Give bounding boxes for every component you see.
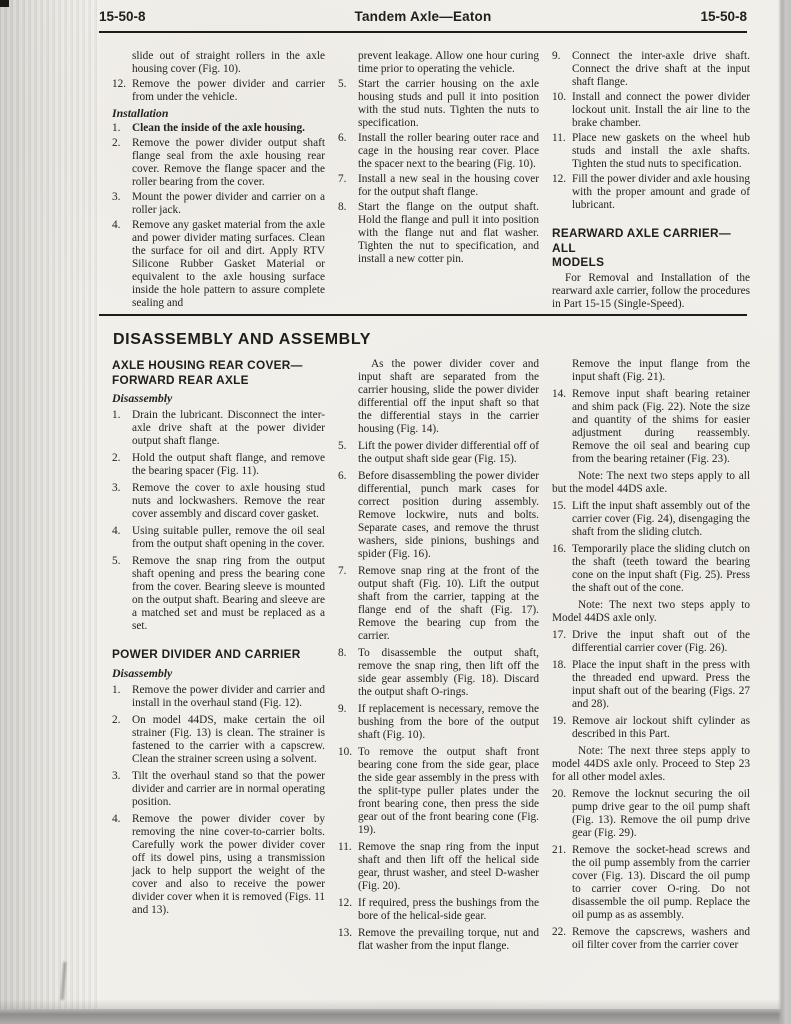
- list-item-text: Install the roller bearing outer race an…: [358, 132, 539, 170]
- list-item-number: 8.: [338, 201, 358, 214]
- note-paragraph: Note: The next two steps apply to all bu…: [552, 470, 750, 496]
- subsection-heading: AXLE HOUSING REAR COVER— FORWARD REAR AX…: [112, 358, 325, 387]
- list-item-number: 4.: [112, 813, 132, 826]
- list-item-number: 9.: [338, 703, 358, 716]
- page-edge-smudge: [61, 962, 67, 1000]
- note-paragraph: Note: The next three steps apply to mode…: [552, 745, 750, 784]
- list-item-text: Hold the output shaft flange, and remove…: [132, 452, 325, 477]
- list-item-text: Remove the capscrews, washers and oil fi…: [572, 926, 750, 951]
- section-title: DISASSEMBLY AND ASSEMBLY: [113, 331, 371, 349]
- scan-right-edge: [778, 0, 791, 1024]
- list-item: 2.Remove the power divider output shaft …: [112, 137, 325, 189]
- list-item-text: Start the flange on the output shaft. Ho…: [358, 201, 539, 265]
- list-item-text: Using suitable puller, remove the oil se…: [132, 525, 325, 550]
- list-item-text: Remove any gasket material from the axle…: [132, 219, 325, 309]
- procedure-heading: Disassembly: [112, 391, 325, 405]
- list-item-text: If required, press the bushings from the…: [358, 897, 539, 922]
- list-item-text: Remove input shaft bearing retainer and …: [572, 388, 750, 465]
- list-item-text: Lift the power divider differential off …: [358, 440, 539, 465]
- list-item-text: Remove snap ring at the front of the out…: [358, 565, 539, 642]
- list-item-text: Remove the cover to axle housing stud nu…: [132, 482, 325, 520]
- list-item-number: 10.: [552, 91, 572, 104]
- list-item-text: Clean the inside of the axle housing.: [132, 122, 305, 134]
- list-item-number: 5.: [338, 440, 358, 453]
- list-item: 2.Hold the output shaft flange, and remo…: [112, 452, 325, 478]
- list-item-number: 5.: [112, 555, 132, 568]
- list-item-number: 17.: [552, 629, 572, 642]
- list-item-text: Remove the power divider and carrier and…: [132, 684, 325, 709]
- list-item-number: 5.: [338, 78, 358, 91]
- list-item-number: 3.: [112, 191, 132, 204]
- list-item: 17.Drive the input shaft out of the diff…: [552, 629, 750, 655]
- list-item: 9.If replacement is necessary, remove th…: [338, 703, 539, 742]
- chapter-title: Tandem Axle—Eaton: [355, 9, 492, 24]
- list-item: 3.Remove the cover to axle housing stud …: [112, 482, 325, 521]
- scanned-manual-page: 15-50-8 Tandem Axle—Eaton 15-50-8 slide …: [0, 0, 791, 1024]
- list-item-number: 11.: [552, 132, 572, 145]
- page-number-right: 15-50-8: [700, 9, 747, 24]
- indented-paragraph: As the power divider cover and input sha…: [358, 358, 539, 436]
- list-item-number: 6.: [338, 132, 358, 145]
- list-item: 5.Lift the power divider differential of…: [338, 440, 539, 466]
- text-column: AXLE HOUSING REAR COVER— FORWARD REAR AX…: [112, 358, 325, 957]
- list-item-text: To remove the output shaft front bearing…: [358, 746, 539, 836]
- list-item: 21.Remove the socket-head screws and the…: [552, 844, 750, 922]
- list-item-text: Tilt the overhaul stand so that the powe…: [132, 770, 325, 808]
- continuation-paragraph: slide out of straight rollers in the axl…: [132, 50, 325, 76]
- list-item-number: 10.: [338, 746, 358, 759]
- procedure-heading: Installation: [112, 106, 325, 120]
- subsection-heading: POWER DIVIDER AND CARRIER: [112, 647, 325, 662]
- continuation-paragraph: prevent leakage. Allow one hour curing t…: [358, 50, 539, 76]
- list-item: 8.Start the flange on the output shaft. …: [338, 201, 539, 266]
- subsection-heading: REARWARD AXLE CARRIER—ALL MODELS: [552, 226, 750, 270]
- text-column: As the power divider cover and input sha…: [338, 358, 539, 957]
- list-item: 4.Remove the power divider cover by remo…: [112, 813, 325, 917]
- list-item-text: Remove the power divider output shaft fl…: [132, 137, 325, 188]
- list-item: 13.Remove the prevailing torque, nut and…: [338, 927, 539, 953]
- list-item-text: Remove the locknut securing the oil pump…: [572, 788, 750, 839]
- list-item: 7.Install a new seal in the housing cove…: [338, 173, 539, 199]
- list-item: 18.Place the input shaft in the press wi…: [552, 659, 750, 711]
- text-column: Remove the input flange from the input s…: [552, 358, 750, 957]
- list-item: 10.Install and connect the power divider…: [552, 91, 750, 130]
- scanner-bed-edge: [0, 1009, 791, 1024]
- text-column: prevent leakage. Allow one hour curing t…: [338, 50, 539, 313]
- list-item-text: Remove the snap ring from the output sha…: [132, 555, 325, 632]
- list-item: 11.Remove the snap ring from the input s…: [338, 841, 539, 893]
- page-stack-edge: [0, 0, 100, 1024]
- list-item: 5.Remove the snap ring from the output s…: [112, 555, 325, 633]
- list-item: 3.Mount the power divider and carrier on…: [112, 191, 325, 217]
- list-item-text: Drain the lubricant. Disconnect the inte…: [132, 409, 325, 447]
- bottom-columns: AXLE HOUSING REAR COVER— FORWARD REAR AX…: [112, 358, 750, 957]
- list-item: 10.To remove the output shaft front bear…: [338, 746, 539, 837]
- text-column: 9.Connect the inter-axle drive shaft. Co…: [552, 50, 750, 313]
- list-item: 4.Remove any gasket material from the ax…: [112, 219, 325, 310]
- list-item-text: Install and connect the power divider lo…: [572, 91, 750, 129]
- list-item-text: Mount the power divider and carrier on a…: [132, 191, 325, 216]
- list-item-number: 1.: [112, 409, 132, 422]
- list-item: 1.Remove the power divider and carrier a…: [112, 684, 325, 710]
- list-item-number: 3.: [112, 770, 132, 783]
- list-item-number: 1.: [112, 684, 132, 697]
- list-item: 1.Clean the inside of the axle housing.: [112, 122, 325, 135]
- list-item-text: Install a new seal in the housing cover …: [358, 173, 539, 198]
- list-item-text: Place the input shaft in the press with …: [572, 659, 750, 710]
- note-paragraph: Note: The next two steps apply to Model …: [552, 599, 750, 625]
- list-item-number: 11.: [338, 841, 358, 854]
- list-item-number: 2.: [112, 452, 132, 465]
- list-item-text: Remove air lockout shift cylinder as des…: [572, 715, 750, 740]
- list-item: 12.If required, press the bushings from …: [338, 897, 539, 923]
- paragraph: For Removal and Installation of the rear…: [552, 272, 750, 311]
- list-item-number: 19.: [552, 715, 572, 728]
- list-item-text: Remove the socket-head screws and the oi…: [572, 844, 750, 921]
- list-item-text: To disassemble the output shaft, remove …: [358, 647, 539, 698]
- page-bottom-shadow: [0, 999, 791, 1009]
- list-item-number: 4.: [112, 525, 132, 538]
- list-item-number: 9.: [552, 50, 572, 63]
- list-item-number: 20.: [552, 788, 572, 801]
- list-item: 2.On model 44DS, make certain the oil st…: [112, 714, 325, 766]
- list-item-text: Remove the power divider and carrier fro…: [132, 78, 325, 103]
- page-number-left: 15-50-8: [99, 9, 146, 24]
- list-item-number: 16.: [552, 543, 572, 556]
- list-item-number: 8.: [338, 647, 358, 660]
- list-item-number: 7.: [338, 173, 358, 186]
- list-item: 11.Place new gaskets on the wheel hub st…: [552, 132, 750, 171]
- list-item-text: Remove the snap ring from the input shaf…: [358, 841, 539, 892]
- list-item-number: 2.: [112, 714, 132, 727]
- list-item-text: Lift the input shaft assembly out of the…: [572, 500, 750, 538]
- list-item-number: 12.: [112, 78, 132, 91]
- list-item: 16.Temporarily place the sliding clutch …: [552, 543, 750, 595]
- list-item-number: 7.: [338, 565, 358, 578]
- list-item: 14.Remove input shaft bearing retainer a…: [552, 388, 750, 466]
- list-item-number: 22.: [552, 926, 572, 939]
- list-item: 9.Connect the inter-axle drive shaft. Co…: [552, 50, 750, 89]
- list-item: 4.Using suitable puller, remove the oil …: [112, 525, 325, 551]
- list-item-number: 12.: [552, 173, 572, 186]
- list-item: 20.Remove the locknut securing the oil p…: [552, 788, 750, 840]
- list-item-number: 2.: [112, 137, 132, 150]
- list-item-text: Connect the inter-axle drive shaft. Conn…: [572, 50, 750, 88]
- list-item-text: Temporarily place the sliding clutch on …: [572, 543, 750, 594]
- list-item: 8.To disassemble the output shaft, remov…: [338, 647, 539, 699]
- list-item: 7.Remove snap ring at the front of the o…: [338, 565, 539, 643]
- list-item: 15.Lift the input shaft assembly out of …: [552, 500, 750, 539]
- list-item-text: Drive the input shaft out of the differe…: [572, 629, 750, 654]
- continuation-paragraph: Remove the input flange from the input s…: [572, 358, 750, 384]
- list-item: 5.Start the carrier housing on the axle …: [338, 78, 539, 130]
- list-item-number: 4.: [112, 219, 132, 232]
- list-item: 3.Tilt the overhaul stand so that the po…: [112, 770, 325, 809]
- list-item-number: 13.: [338, 927, 358, 940]
- list-item-text: Start the carrier housing on the axle ho…: [358, 78, 539, 129]
- list-item-text: If replacement is necessary, remove the …: [358, 703, 539, 741]
- list-item: 22.Remove the capscrews, washers and oil…: [552, 926, 750, 952]
- list-item-number: 6.: [338, 470, 358, 483]
- top-columns: slide out of straight rollers in the axl…: [112, 50, 750, 313]
- scan-corner-mark: [0, 0, 9, 7]
- section-divider-rule: [99, 314, 747, 316]
- list-item: 19.Remove air lockout shift cylinder as …: [552, 715, 750, 741]
- list-item: 12.Fill the power divider and axle housi…: [552, 173, 750, 212]
- list-item: 6.Install the roller bearing outer race …: [338, 132, 539, 171]
- list-item-number: 15.: [552, 500, 572, 513]
- list-item-text: Before disassembling the power divider d…: [358, 470, 539, 560]
- list-item-number: 21.: [552, 844, 572, 857]
- text-column: slide out of straight rollers in the axl…: [112, 50, 325, 313]
- header-rule: [99, 31, 747, 33]
- list-item: 1.Drain the lubricant. Disconnect the in…: [112, 409, 325, 448]
- list-item-number: 1.: [112, 122, 132, 135]
- page-header: 15-50-8 Tandem Axle—Eaton 15-50-8: [99, 9, 747, 24]
- list-item-number: 14.: [552, 388, 572, 401]
- list-item: 6.Before disassembling the power divider…: [338, 470, 539, 561]
- procedure-heading: Disassembly: [112, 666, 325, 680]
- list-item-text: On model 44DS, make certain the oil stra…: [132, 714, 325, 765]
- list-item-number: 3.: [112, 482, 132, 495]
- list-item: 12.Remove the power divider and carrier …: [112, 78, 325, 104]
- list-item-text: Remove the power divider cover by removi…: [132, 813, 325, 916]
- list-item-text: Place new gaskets on the wheel hub studs…: [572, 132, 750, 170]
- list-item-number: 18.: [552, 659, 572, 672]
- list-item-text: Remove the prevailing torque, nut and fl…: [358, 927, 539, 952]
- list-item-number: 12.: [338, 897, 358, 910]
- list-item-text: Fill the power divider and axle housing …: [572, 173, 750, 211]
